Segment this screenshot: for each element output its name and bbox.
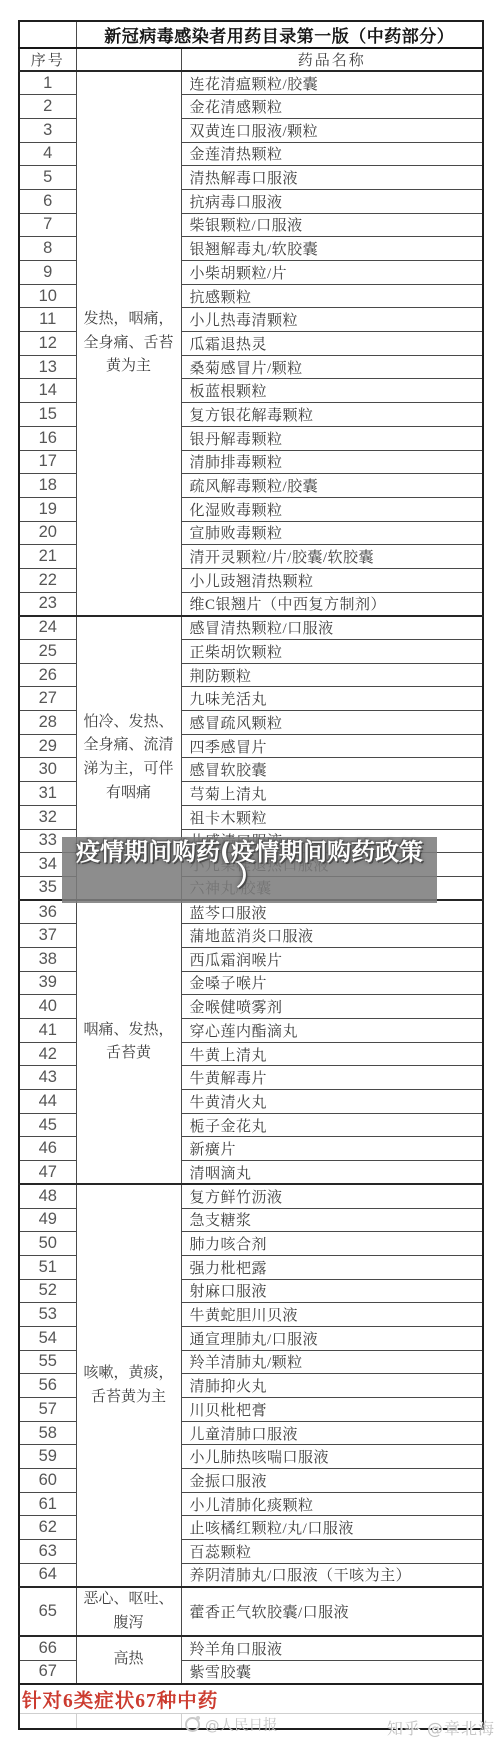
row-number-cell: 45 — [19, 1113, 76, 1137]
table-title-row: 新冠病毒感染者用药目录第一版（中药部分） — [19, 21, 483, 48]
row-number-cell: 39 — [19, 971, 76, 995]
row-number-cell: 24 — [19, 616, 76, 640]
drug-name-cell: 四季感冒片 — [181, 734, 483, 758]
row-number-cell: 57 — [19, 1398, 76, 1422]
row-number-cell: 67 — [19, 1660, 76, 1684]
row-number-cell: 46 — [19, 1137, 76, 1161]
row-number-cell: 1 — [19, 71, 76, 95]
row-number-cell: 42 — [19, 1042, 76, 1066]
empty-cell — [76, 1713, 181, 1729]
drug-name-cell: 牛黄解毒片 — [181, 1066, 483, 1090]
row-number-cell: 23 — [19, 592, 76, 616]
col-header-drug: 药品名称 — [181, 48, 483, 71]
row-number-cell: 11 — [19, 308, 76, 332]
drug-name-cell: 芎菊上清丸 — [181, 782, 483, 806]
drug-name-cell: 化湿败毒颗粒 — [181, 497, 483, 521]
row-number-cell: 30 — [19, 758, 76, 782]
drug-name-cell: 瓜霜退热灵 — [181, 332, 483, 356]
drug-name-cell: 金振口服液 — [181, 1469, 483, 1493]
row-number-cell: 9 — [19, 261, 76, 285]
row-number-cell: 12 — [19, 332, 76, 356]
drug-name-cell: 肺力咳合剂 — [181, 1232, 483, 1256]
drug-name-cell: 桑菊感冒片/颗粒 — [181, 355, 483, 379]
row-number-cell: 6 — [19, 189, 76, 213]
col-header-index: 序号 — [19, 48, 76, 71]
drug-name-cell: 蓝芩口服液 — [181, 900, 483, 924]
table-row: 48咳嗽，黄痰，舌苔黄为主复方鲜竹沥液 — [19, 1184, 483, 1208]
zhihu-watermark: 知乎 @章北海 — [387, 1716, 495, 1739]
drug-name-cell: 藿香正气软胶囊/口服液 — [181, 1587, 483, 1636]
drug-name-cell: 感冒疏风颗粒 — [181, 711, 483, 735]
symptom-category-cell: 高热 — [76, 1636, 181, 1683]
row-number-cell: 5 — [19, 166, 76, 190]
overlay-closing-paren: ） — [236, 863, 263, 890]
row-number-cell: 29 — [19, 734, 76, 758]
row-number-cell: 44 — [19, 1090, 76, 1114]
drug-name-cell: 清肺排毒颗粒 — [181, 450, 483, 474]
row-number-cell: 32 — [19, 805, 76, 829]
drug-name-cell: 抗感颗粒 — [181, 284, 483, 308]
row-number-cell: 64 — [19, 1563, 76, 1587]
row-number-cell: 51 — [19, 1255, 76, 1279]
table-row: 36咽痛、发热，舌苔黄蓝芩口服液 — [19, 900, 483, 924]
drug-name-cell: 栀子金花丸 — [181, 1113, 483, 1137]
row-number-cell: 15 — [19, 403, 76, 427]
row-number-cell: 63 — [19, 1540, 76, 1564]
drug-name-cell: 川贝枇杷膏 — [181, 1398, 483, 1422]
drug-name-cell: 牛黄蛇胆川贝液 — [181, 1303, 483, 1327]
drug-name-cell: 复方鲜竹沥液 — [181, 1184, 483, 1208]
drug-name-cell: 小柴胡颗粒/片 — [181, 261, 483, 285]
row-number-cell: 38 — [19, 947, 76, 971]
drug-name-cell: 清咽滴丸 — [181, 1161, 483, 1185]
row-number-cell: 26 — [19, 663, 76, 687]
drug-name-cell: 双黄连口服液/颗粒 — [181, 118, 483, 142]
drug-name-cell: 止咳橘红颗粒/丸/口服液 — [181, 1516, 483, 1540]
drug-name-cell: 连花清瘟颗粒/胶囊 — [181, 71, 483, 95]
row-number-cell: 40 — [19, 995, 76, 1019]
drug-name-cell: 感冒软胶囊 — [181, 758, 483, 782]
row-number-cell: 66 — [19, 1636, 76, 1660]
drug-name-cell: 银丹解毒颗粒 — [181, 426, 483, 450]
row-number-cell: 50 — [19, 1232, 76, 1256]
drug-name-cell: 金嗓子喉片 — [181, 971, 483, 995]
drug-name-cell: 小儿清肺化痰颗粒 — [181, 1492, 483, 1516]
row-number-cell: 56 — [19, 1374, 76, 1398]
symptom-category-cell: 发热，咽痛，全身痛、舌苔黄为主 — [76, 71, 181, 616]
row-number-cell: 49 — [19, 1208, 76, 1232]
drug-name-cell: 维C银翘片（中西复方制剂） — [181, 592, 483, 616]
row-number-cell: 27 — [19, 687, 76, 711]
row-number-cell: 43 — [19, 1066, 76, 1090]
row-number-cell: 36 — [19, 900, 76, 924]
drug-name-cell: 复方银花解毒颗粒 — [181, 403, 483, 427]
drug-name-cell: 金花清感颗粒 — [181, 95, 483, 119]
row-number-cell: 20 — [19, 521, 76, 545]
drug-name-cell: 柴银颗粒/口服液 — [181, 213, 483, 237]
row-number-cell: 47 — [19, 1161, 76, 1185]
footer-note: 针对6类症状67种中药 — [19, 1684, 483, 1714]
row-number-cell: 16 — [19, 426, 76, 450]
infographic-page: 新冠病毒感染者用药目录第一版（中药部分）序号药品名称1发热，咽痛，全身痛、舌苔黄… — [0, 0, 500, 1739]
title-overlay-banner: 疫情期间购药(疫情期间购药政策 ） — [62, 837, 437, 903]
drug-name-cell: 百蕊颗粒 — [181, 1540, 483, 1564]
drug-name-cell: 金喉健喷雾剂 — [181, 995, 483, 1019]
drug-name-cell: 小儿肺热咳喘口服液 — [181, 1445, 483, 1469]
row-number-cell: 8 — [19, 237, 76, 261]
column-header-row: 序号药品名称 — [19, 48, 483, 71]
table-row: 65恶心、呕吐、腹泻藿香正气软胶囊/口服液 — [19, 1587, 483, 1636]
footer-note-row: 针对6类症状67种中药 — [19, 1684, 483, 1714]
row-number-cell: 60 — [19, 1469, 76, 1493]
drug-name-cell: 九味羌活丸 — [181, 687, 483, 711]
row-number-cell: 2 — [19, 95, 76, 119]
drug-name-cell: 通宣理肺丸/口服液 — [181, 1326, 483, 1350]
drug-name-cell: 疏风解毒颗粒/胶囊 — [181, 474, 483, 498]
row-number-cell: 7 — [19, 213, 76, 237]
drug-name-cell: 紫雪胶囊 — [181, 1660, 483, 1684]
page-title: 新冠病毒感染者用药目录第一版（中药部分） — [76, 21, 483, 48]
row-number-cell: 28 — [19, 711, 76, 735]
row-number-cell: 52 — [19, 1279, 76, 1303]
drug-name-cell: 羚羊清肺丸/颗粒 — [181, 1350, 483, 1374]
title-empty-cell — [19, 21, 76, 48]
drug-name-cell: 银翘解毒丸/软胶囊 — [181, 237, 483, 261]
drug-name-cell: 穿心莲内酯滴丸 — [181, 1019, 483, 1043]
table-row: 1发热，咽痛，全身痛、舌苔黄为主连花清瘟颗粒/胶囊 — [19, 71, 483, 95]
col-header-symptom-empty — [76, 48, 181, 71]
table-row: 24怕冷、发热、全身痛、流清涕为主，可伴有咽痛感冒清热颗粒/口服液 — [19, 616, 483, 640]
drug-name-cell: 牛黄清火丸 — [181, 1090, 483, 1114]
drug-name-cell: 正柴胡饮颗粒 — [181, 640, 483, 664]
drug-name-cell: 清肺抑火丸 — [181, 1374, 483, 1398]
drug-name-cell: 祖卡木颗粒 — [181, 805, 483, 829]
drug-name-cell: 牛黄上清丸 — [181, 1042, 483, 1066]
row-number-cell: 62 — [19, 1516, 76, 1540]
drug-name-cell: 西瓜霜润喉片 — [181, 947, 483, 971]
row-number-cell: 10 — [19, 284, 76, 308]
drug-name-cell: 板蓝根颗粒 — [181, 379, 483, 403]
row-number-cell: 31 — [19, 782, 76, 806]
row-number-cell: 48 — [19, 1184, 76, 1208]
row-number-cell: 25 — [19, 640, 76, 664]
row-number-cell: 19 — [19, 497, 76, 521]
row-number-cell: 54 — [19, 1326, 76, 1350]
table-row: 66高热羚羊角口服液 — [19, 1636, 483, 1660]
drug-name-cell: 新癀片 — [181, 1137, 483, 1161]
symptom-category-cell: 恶心、呕吐、腹泻 — [76, 1587, 181, 1636]
row-number-cell: 55 — [19, 1350, 76, 1374]
symptom-category-cell: 咽痛、发热，舌苔黄 — [76, 900, 181, 1184]
drug-name-cell: 宣肺败毒颗粒 — [181, 521, 483, 545]
row-number-cell: 37 — [19, 924, 76, 948]
row-number-cell: 53 — [19, 1303, 76, 1327]
drug-name-cell: 荆防颗粒 — [181, 663, 483, 687]
row-number-cell: 3 — [19, 118, 76, 142]
weibo-logo-icon — [185, 1717, 200, 1732]
row-number-cell: 4 — [19, 142, 76, 166]
drug-name-cell: 养阴清肺丸/口服液（干咳为主） — [181, 1563, 483, 1587]
row-number-cell: 18 — [19, 474, 76, 498]
drug-name-cell: 抗病毒口服液 — [181, 189, 483, 213]
row-number-cell: 22 — [19, 568, 76, 592]
drug-name-cell: 急支糖浆 — [181, 1208, 483, 1232]
row-number-cell: 61 — [19, 1492, 76, 1516]
row-number-cell: 58 — [19, 1421, 76, 1445]
drug-name-cell: 清热解毒口服液 — [181, 166, 483, 190]
drug-name-cell: 蒲地蓝消炎口服液 — [181, 924, 483, 948]
row-number-cell: 41 — [19, 1019, 76, 1043]
drug-name-cell: 感冒清热颗粒/口服液 — [181, 616, 483, 640]
peoples-daily-watermark-text: @人民日报 — [205, 1714, 278, 1735]
drug-name-cell: 金莲清热颗粒 — [181, 142, 483, 166]
symptom-category-cell: 咳嗽，黄痰，舌苔黄为主 — [76, 1184, 181, 1587]
drug-name-cell: 射麻口服液 — [181, 1279, 483, 1303]
empty-cell — [19, 1713, 76, 1729]
drug-name-cell: 清开灵颗粒/片/胶囊/软胶囊 — [181, 545, 483, 569]
drug-name-cell: 儿童清肺口服液 — [181, 1421, 483, 1445]
drug-name-cell: 羚羊角口服液 — [181, 1636, 483, 1660]
row-number-cell: 65 — [19, 1587, 76, 1636]
drug-name-cell: 小儿豉翘清热颗粒 — [181, 568, 483, 592]
row-number-cell: 13 — [19, 355, 76, 379]
drug-name-cell: 强力枇杷露 — [181, 1255, 483, 1279]
row-number-cell: 14 — [19, 379, 76, 403]
peoples-daily-watermark: @人民日报 — [185, 1714, 278, 1735]
row-number-cell: 17 — [19, 450, 76, 474]
row-number-cell: 59 — [19, 1445, 76, 1469]
drug-name-cell: 小儿热毒清颗粒 — [181, 308, 483, 332]
row-number-cell: 21 — [19, 545, 76, 569]
